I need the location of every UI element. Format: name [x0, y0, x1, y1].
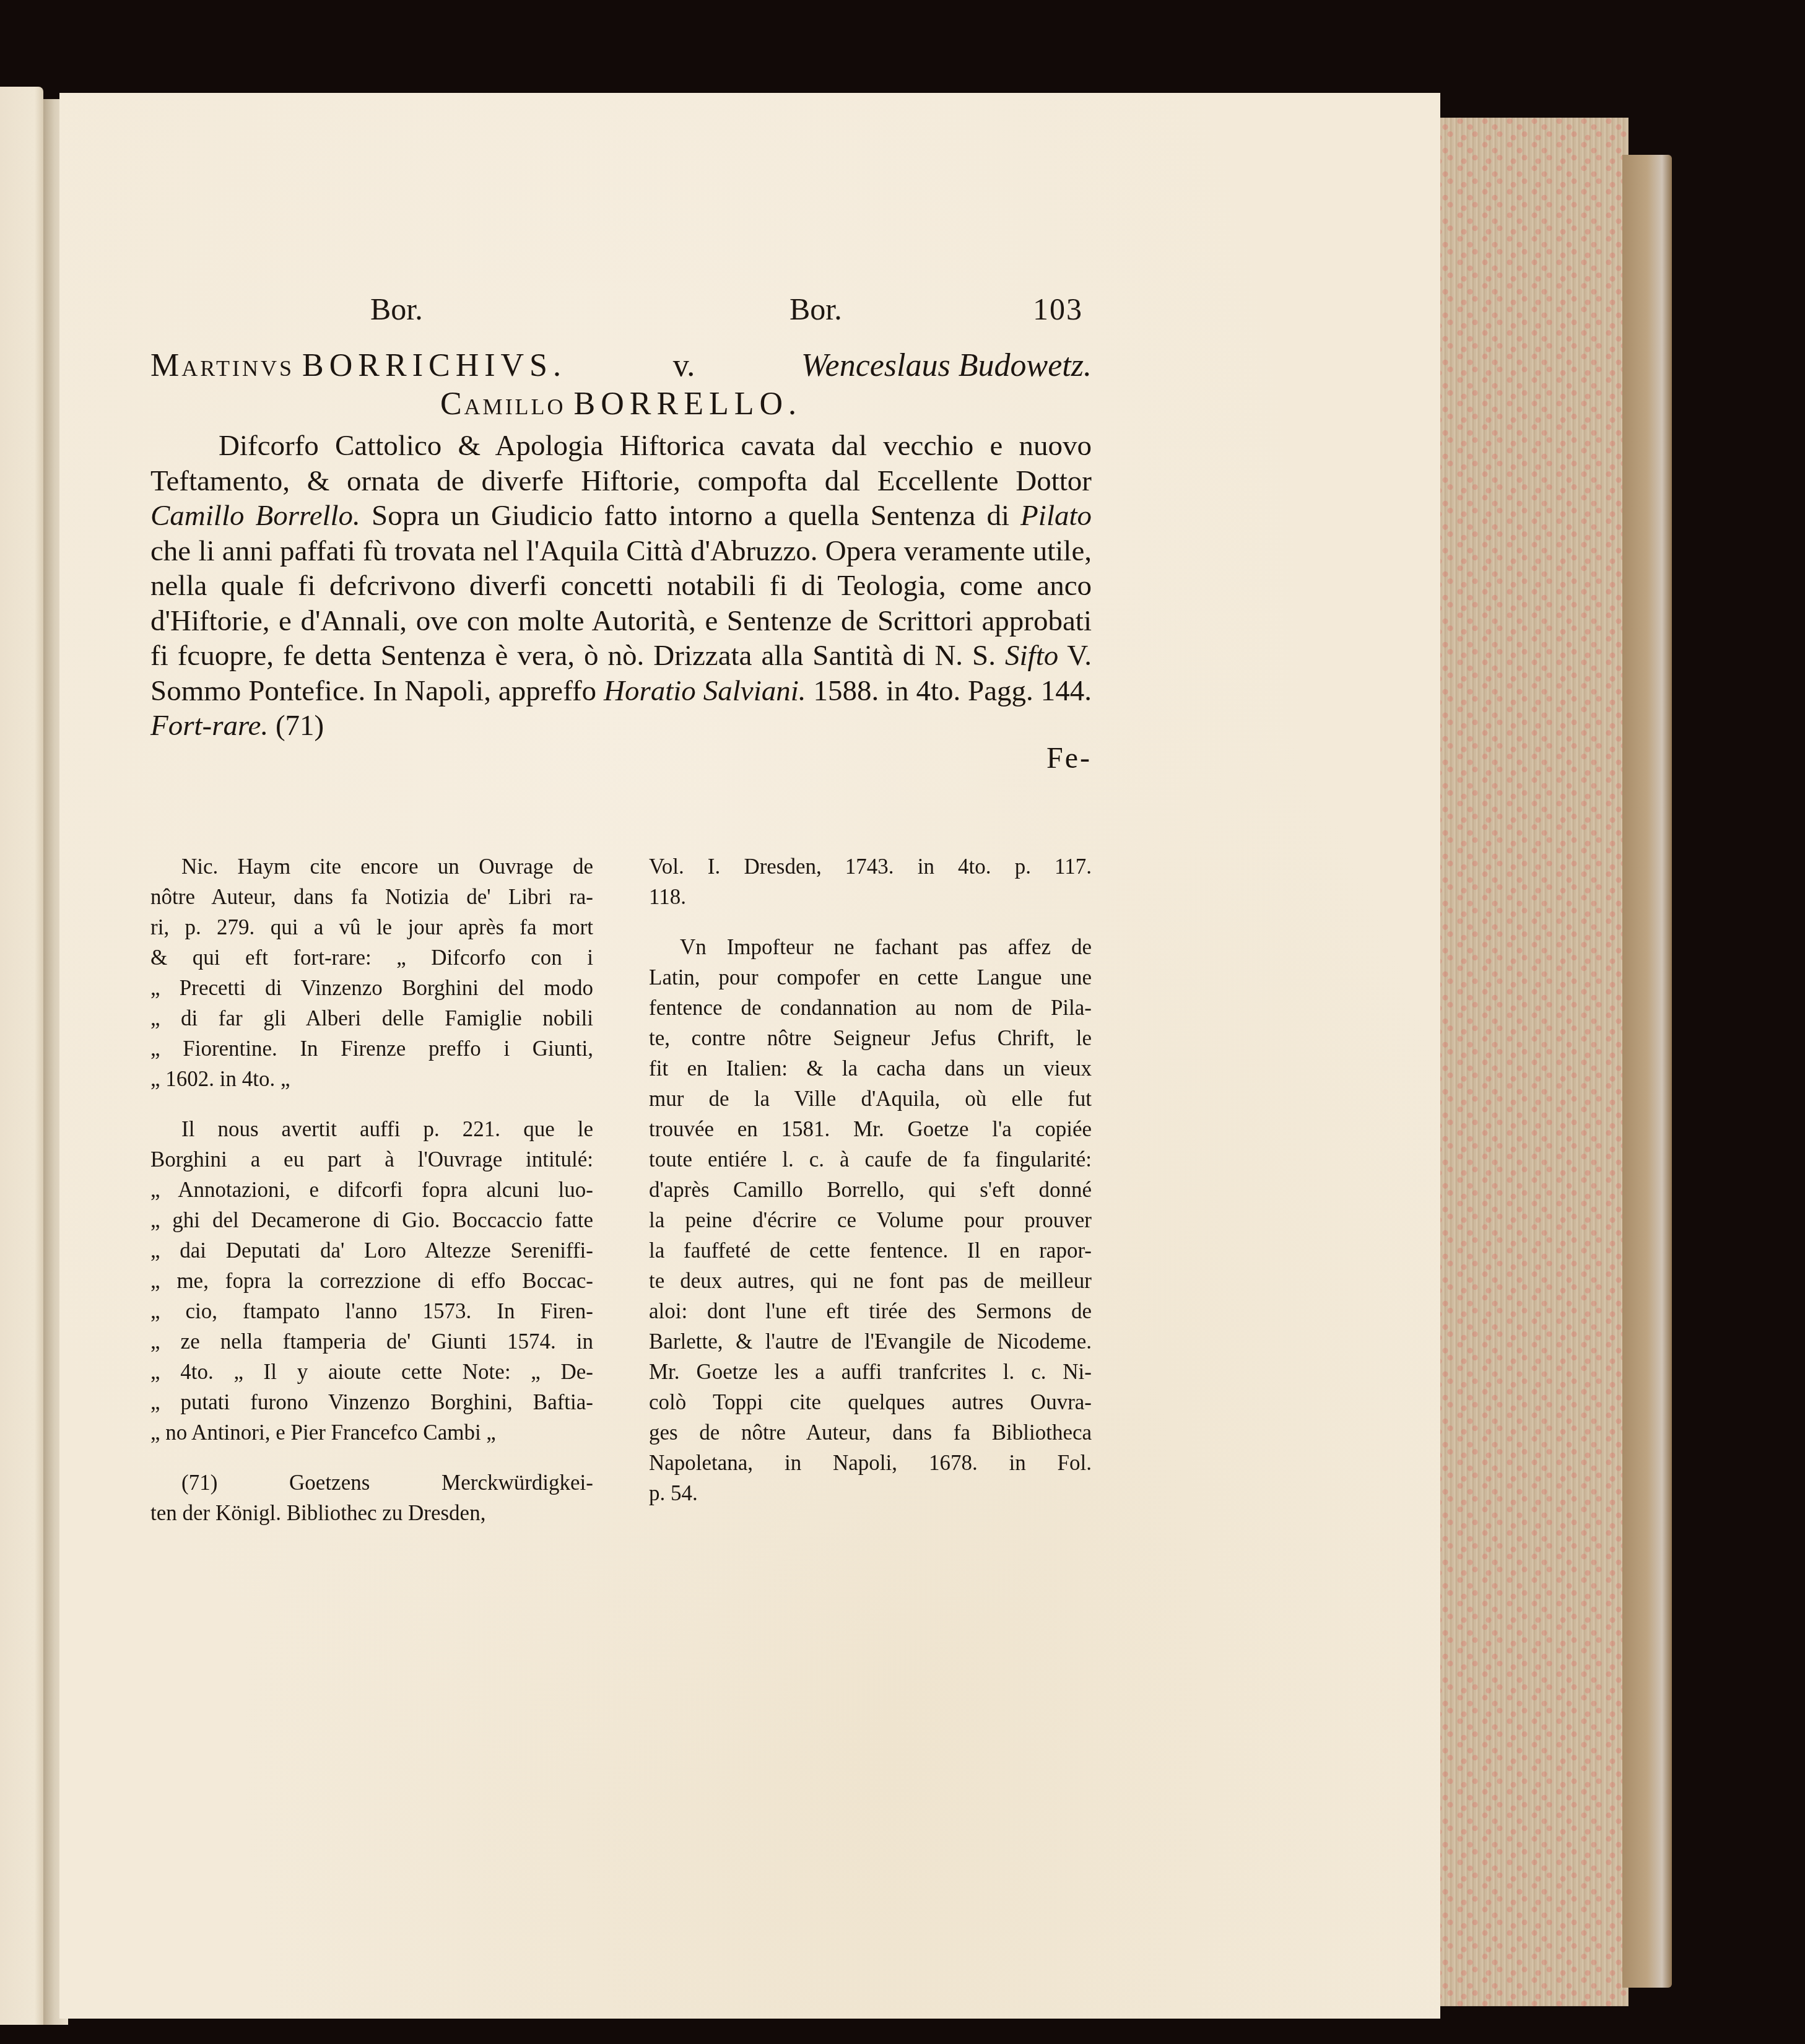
catchword: Fe-: [150, 741, 1092, 775]
entry-body: Difcorfo Cattolico & Apologia Hiftorica …: [150, 428, 1092, 744]
entry-surname: BORRICHIVS.: [302, 348, 567, 383]
footnote-line: „ no Antinori, e Pier Francefco Cambi „: [150, 1417, 593, 1448]
footnote-line: aloi: dont l'une eft tirée des Sermons d…: [649, 1296, 1092, 1326]
entry-surname: BORRELLO.: [574, 386, 802, 422]
page-block-fore-edge: [1430, 118, 1629, 2006]
running-head-center: Bor.: [789, 291, 842, 327]
footnotes: Nic. Haym cite encore un Ouvrage denôtre…: [150, 851, 1092, 1528]
footnote-line: p. 54.: [649, 1478, 1092, 1508]
footnote-line: „ ze nella ftamperia de' Giunti 1574. in: [150, 1326, 593, 1357]
footnote-line: & qui eft fort-rare: „ Difcorfo con i: [150, 942, 593, 973]
footnote-line: „ Precetti di Vinzenzo Borghini del modo: [150, 973, 593, 1003]
main-text-block: Martinvs BORRICHIVS. v. Wenceslaus Budow…: [150, 347, 1092, 775]
footnote-line: fit en Italien: & la cacha dans un vieux: [649, 1053, 1092, 1084]
footnote-line: te, contre nôtre Seigneur Jefus Chrift, …: [649, 1023, 1092, 1053]
italic-run: Camillo Borrello.: [150, 500, 360, 532]
footnote-line: „ cio, ftampato l'anno 1573. In Firen-: [150, 1296, 593, 1326]
italic-run: Pilato: [1020, 500, 1092, 532]
entry-first-name: Camillo: [440, 386, 566, 422]
footnote-line: nôtre Auteur, dans fa Notizia de' Libri …: [150, 882, 593, 912]
footnote-line: ri, p. 279. qui a vû le jour après fa mo…: [150, 912, 593, 942]
footnote-line: „ di far gli Alberi delle Famiglie nobil…: [150, 1003, 593, 1033]
footnote-line: trouvée en 1581. Mr. Goetze l'a copiée: [649, 1114, 1092, 1144]
text-run: Difcorfo Cattolico & Apologia Hiftorica …: [150, 430, 1092, 497]
footnote-line: toute entiére l. c. à caufe de fa fingul…: [649, 1144, 1092, 1175]
footnote-line: „ Annotazioni, e difcorfi fopra alcuni l…: [150, 1175, 593, 1205]
footnote-line: ges de nôtre Auteur, dans fa Bibliotheca: [649, 1417, 1092, 1448]
footnote-line: colò Toppi cite quelques autres Ouvra-: [649, 1387, 1092, 1417]
footnote-line: „ 4to. „ Il y aioute cette Note: „ De-: [150, 1357, 593, 1387]
footnote-line: „ me, fopra la correzzione di effo Bocca…: [150, 1266, 593, 1296]
text-run: 1588. in 4to. Pagg. 144.: [806, 675, 1092, 707]
text-run: Sopra un Giudicio fatto intorno a quella…: [360, 500, 1020, 532]
footnote-line: Nic. Haym cite encore un Ouvrage de: [150, 851, 593, 882]
entry-heading-borrichius: Martinvs BORRICHIVS. v. Wenceslaus Budow…: [150, 347, 1092, 385]
footnote-line: la fauffeté de cette fentence. Il en rap…: [649, 1235, 1092, 1266]
footnote-line: te deux autres, qui ne font pas de meill…: [649, 1266, 1092, 1296]
footnote-line: Mr. Goetze les a auffi tranfcrites l. c.…: [649, 1357, 1092, 1387]
facing-page-edge: [0, 87, 43, 2025]
footnote-line: „ putati furono Vinzenzo Borghini, Bafti…: [150, 1387, 593, 1417]
footnote-line: Latin, pour compofer en cette Langue une: [649, 962, 1092, 993]
footnote-line: „ Fiorentine. In Firenze preffo i Giunti…: [150, 1033, 593, 1064]
footnote-line: la peine d'écrire ce Volume pour prouver: [649, 1205, 1092, 1235]
footnote-line: Borghini a eu part à l'Ouvrage intitulé:: [150, 1144, 593, 1175]
italic-run: Fort-rare.: [150, 710, 268, 742]
footnote-line: Vn Impofteur ne fachant pas affez de: [649, 932, 1092, 962]
cross-reference: Wenceslaus Budowetz.: [801, 347, 1092, 385]
footnote-line: d'après Camillo Borrello, qui s'eft donn…: [649, 1175, 1092, 1205]
footnote-line: Barlette, & l'autre de l'Evangile de Nic…: [649, 1326, 1092, 1357]
see-marker: v.: [673, 347, 695, 385]
footnote-line: ten der Königl. Bibliothec zu Dresden,: [150, 1498, 593, 1528]
italic-run: Sifto: [1005, 640, 1058, 672]
book-cover-edge: [1622, 155, 1672, 1988]
running-head-left: Bor.: [370, 291, 423, 327]
footnote-line: (71) Goetzens Merckwürdigkei-: [150, 1468, 593, 1498]
text-run: (71): [268, 710, 324, 742]
footnote-line: 118.: [649, 882, 1092, 912]
italic-run: Horatio Salviani.: [604, 675, 806, 707]
footnote-line: Il nous avertit auffi p. 221. que le: [150, 1114, 593, 1144]
footnote-line: „ dai Deputati da' Loro Altezze Sereniff…: [150, 1235, 593, 1266]
footnote-line: „ ghi del Decamerone di Gio. Boccaccio f…: [150, 1205, 593, 1235]
footnote-line: mur de la Ville d'Aquila, où elle fut: [649, 1084, 1092, 1114]
entry-heading-borrello: Camillo BORRELLO.: [150, 385, 1092, 424]
footnote-line: fentence de condannation au nom de Pila-: [649, 993, 1092, 1023]
footnote-line: Vol. I. Dresden, 1743. in 4to. p. 117.: [649, 851, 1092, 882]
footnote-column-right: Vol. I. Dresden, 1743. in 4to. p. 117.11…: [649, 851, 1092, 1528]
entry-first-name: Martinvs: [150, 348, 294, 383]
footnote-line: Napoletana, in Napoli, 1678. in Fol.: [649, 1448, 1092, 1478]
footnote-line: „ 1602. in 4to. „: [150, 1064, 593, 1094]
text-run: che li anni paffati fù trovata nel l'Aqu…: [150, 535, 1092, 672]
footnote-column-left: Nic. Haym cite encore un Ouvrage denôtre…: [150, 851, 593, 1528]
page-number: 103: [1033, 291, 1083, 327]
entry-body-paragraph: Difcorfo Cattolico & Apologia Hiftorica …: [150, 428, 1092, 744]
